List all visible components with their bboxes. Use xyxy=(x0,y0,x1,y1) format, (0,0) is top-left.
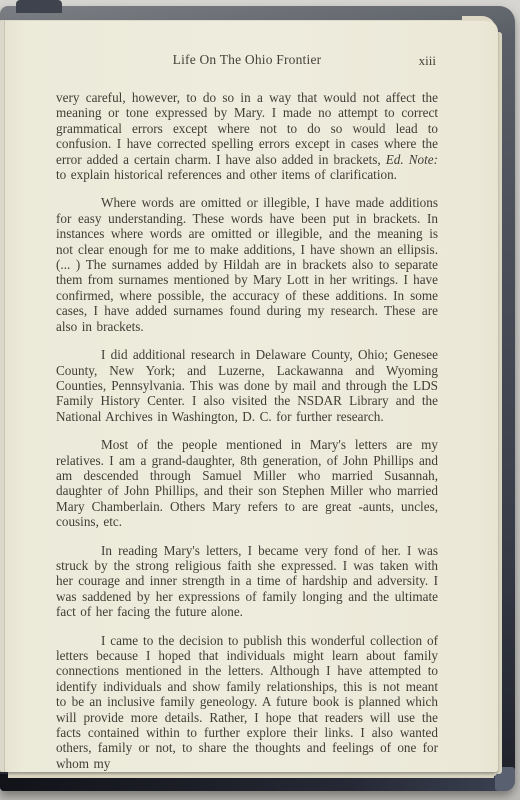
book-cover-top-corner xyxy=(16,0,62,13)
paragraph-text: I came to the decision to publish this w… xyxy=(56,633,438,771)
paragraph-text: Where words are omitted or illegible, I … xyxy=(56,195,438,333)
paragraph: Where words are omitted or illegible, I … xyxy=(56,195,438,334)
scanner-background: Life On The Ohio Frontier xiii very care… xyxy=(0,0,520,800)
stacked-page-edge xyxy=(8,772,494,778)
book-page: Life On The Ohio Frontier xiii very care… xyxy=(0,20,498,772)
paragraph-text: to explain historical references and oth… xyxy=(56,167,397,182)
paragraph: In reading Mary's letters, I became very… xyxy=(56,543,438,620)
paragraph: I did additional research in Delaware Co… xyxy=(56,347,438,424)
page-header: Life On The Ohio Frontier xiii xyxy=(56,52,438,70)
page-number: xiii xyxy=(419,53,436,69)
paragraph: I came to the decision to publish this w… xyxy=(56,633,438,772)
page-content: Life On The Ohio Frontier xiii very care… xyxy=(56,52,438,772)
page-body: very careful, however, to do so in a way… xyxy=(56,90,438,771)
paragraph-text: very careful, however, to do so in a way… xyxy=(56,90,438,167)
running-title: Life On The Ohio Frontier xyxy=(56,52,438,68)
paragraph: very careful, however, to do so in a way… xyxy=(56,90,438,182)
editor-note-italic: Ed. Note: xyxy=(386,152,438,167)
paragraph-text: I did additional research in Delaware Co… xyxy=(56,347,438,424)
paragraph: Most of the people mentioned in Mary's l… xyxy=(56,437,438,529)
paragraph-text: In reading Mary's letters, I became very… xyxy=(56,543,438,620)
paragraph-text: Most of the people mentioned in Mary's l… xyxy=(56,437,438,529)
